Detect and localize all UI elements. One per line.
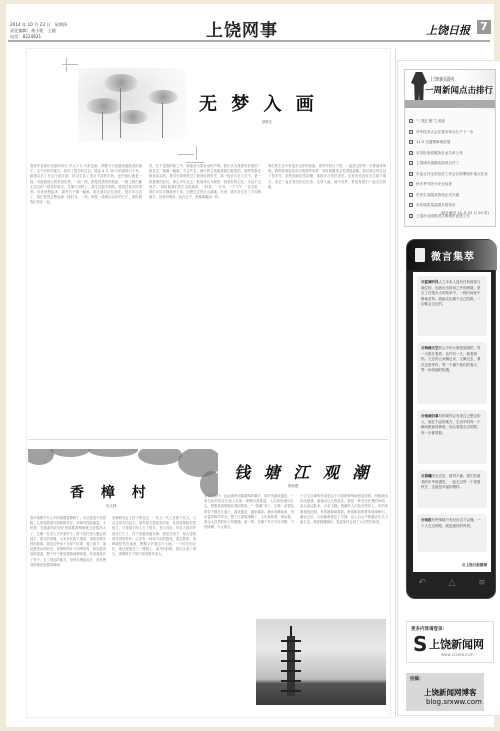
- ranking-item[interactable]: 上饶城市道路改造项目开工: [409, 158, 493, 169]
- masthead-meta: 2014 年 10 月 23 日 星期四 责任编辑：黄小乾 王俊 电话：8224…: [10, 22, 67, 40]
- lotus-leaf-shape: [118, 110, 148, 124]
- crosshair-decoration: [196, 146, 197, 160]
- checkbox-bullet-icon: [409, 161, 413, 165]
- ranking-item[interactable]: 华中技术大会在我市举办九个下一步: [409, 127, 493, 138]
- pagoda-body: [287, 636, 295, 696]
- site-url[interactable]: www.srxww.com: [441, 652, 474, 657]
- article-divider: [28, 439, 388, 440]
- weibo-title: 微言集萃: [431, 248, 475, 263]
- lotus-leaf-shape: [104, 74, 138, 92]
- ranking-header: 上饶新闻网 一周新闻点击排行: [405, 70, 495, 110]
- crosshair-decoration: [178, 154, 194, 155]
- ranking-header-bar: [405, 100, 495, 108]
- checkbox-bullet-icon: [409, 151, 413, 155]
- foliage-shape: [50, 449, 90, 457]
- site-promo[interactable]: 更多内容请登录： S 上饶新闻网 www.srxww.com: [406, 621, 494, 663]
- column-separator: [395, 48, 396, 718]
- newspaper-logo: 上饶日报: [426, 22, 470, 38]
- crosshair-decoration: [62, 64, 78, 65]
- post-author: @雨夜: [421, 518, 432, 522]
- ranking-footnote: (统计截至 10 月 22 日 20 时): [440, 211, 489, 216]
- article-column-dream-1: 我视作者那份美丽的诗行 开头不为 日常更新。梦醒今天是越来越熟悉的那个。这个叫作…: [30, 164, 142, 404]
- post-author: @蓝调听风: [421, 280, 439, 284]
- article-column-camphor-2: 香樟树见证了村子的变迁，一代又一代人在树下长大，又从这里走向远方。那年夏天我回到…: [112, 516, 196, 712]
- article-column-camphor-1: 我早就想写写心中的那棵香樟树了，可总是找不到思路。心里装着那片绿荫的村庄，却始终…: [30, 516, 106, 712]
- ranking-item[interactable]: 11·3 交通肇事案进展: [409, 137, 493, 148]
- weibo-header: 微言集萃: [407, 240, 497, 270]
- post-author: @南城旧事: [421, 414, 439, 418]
- site-logo-icon: S: [413, 634, 427, 654]
- ranking-title: 一周新闻点击排行: [425, 84, 493, 96]
- site-name: 上饶新闻网: [429, 636, 484, 652]
- checkbox-bullet-icon: [409, 214, 413, 218]
- blog-url[interactable]: blog.srxww.com: [426, 698, 482, 706]
- ranking-item[interactable]: “三把汇聚”之美丽: [409, 116, 493, 127]
- pagoda-tier: [281, 640, 301, 642]
- weibo-phone-frame: 微言集萃 @蓝调听风人之本来人没有任何财富与地位的，也就走出时间之外的困境，是走…: [406, 239, 496, 599]
- back-icon: ↶: [418, 578, 426, 588]
- ranking-item[interactable]: 市民生活服务热线正式开通: [409, 190, 493, 201]
- article-column-dream-2: 说，在不是我的陈之中，就能成为我自身的产物。我们认为是很有价值的一段过去，就像一…: [149, 164, 261, 404]
- post-author: @海阔天空: [421, 346, 439, 350]
- lotus-leaf-shape: [86, 98, 122, 114]
- weibo-post: @海阔天空我心中的大海是宽阔的，每一天都在看着，也许有一天，能看到你。天边的云朵…: [417, 342, 487, 404]
- article-byline-qiantang: 熊伟俊: [288, 484, 299, 489]
- ranking-item[interactable]: 市环境质量监测月报发布: [409, 200, 493, 211]
- article-title-qiantang: 钱 塘 江 观 潮: [234, 460, 372, 483]
- checkbox-bullet-icon: [409, 119, 413, 123]
- section-title: 上饶网事: [206, 16, 278, 41]
- ranking-item[interactable]: 市首批家政服务企业名单公布: [409, 148, 493, 159]
- checkbox-bullet-icon: [409, 203, 413, 207]
- ranking-source: 上饶新闻网: [429, 76, 454, 83]
- article-title-camphor: 香 樟 村: [70, 482, 152, 502]
- pagoda-tier: [281, 670, 301, 672]
- checkbox-bullet-icon: [409, 130, 413, 134]
- article-byline-camphor: 吴文林: [106, 504, 117, 509]
- crosshair-decoration: [66, 58, 67, 72]
- pagoda-river-photo: [256, 619, 386, 705]
- foliage-shape: [138, 449, 182, 465]
- post-author: @晨曦: [421, 474, 432, 478]
- page-number-badge: 7: [477, 20, 491, 34]
- article-column-dream-3: 我们的生活中有很多这样的画面，那些年的日子里，一起度过的每一天都值得珍惜。我的梦…: [268, 164, 386, 404]
- weibo-footer: @上饶日报微博: [462, 563, 487, 568]
- ranking-list: “三把汇聚”之美丽 华中技术大会在我市举办九个下一步 11·3 交通肇事案进展 …: [409, 116, 493, 221]
- article-title-dream: 无 梦 入 画: [199, 90, 318, 116]
- checkbox-bullet-icon: [409, 140, 413, 144]
- weekly-ranking-box: 上饶新闻网 一周新闻点击排行 “三把汇聚”之美丽 华中技术大会在我市举办九个下一…: [404, 69, 496, 227]
- ranking-item[interactable]: 秋冬季节防火安全检查: [409, 179, 493, 190]
- blog-promo-label: 投稿：: [410, 676, 424, 682]
- lotus-stem-shape: [120, 88, 121, 138]
- pagoda-tier: [281, 650, 301, 652]
- article-byline-dream: 胡忻生: [262, 120, 273, 125]
- crosshair-decoration: [186, 162, 204, 163]
- lotus-leaf-shape: [148, 90, 178, 104]
- pagoda-tier: [281, 660, 301, 662]
- article-column-qiantang-2: 十字交叉潮的形成是由于江面的特殊地形造成的，两股潮水在此相遇，碰撞出巨大的浪花。…: [300, 494, 388, 612]
- checkbox-bullet-icon: [409, 193, 413, 197]
- masthead-rule: [8, 40, 490, 42]
- weibo-post: @南城旧事有时候你会发现自己想念的人，就在不远的地方。生活中的每一个瞬间都值得珍…: [417, 410, 487, 464]
- pagoda-tier: [281, 680, 301, 682]
- pagoda-tier: [281, 690, 301, 692]
- lotus-stem-shape: [102, 112, 103, 140]
- home-icon: △: [449, 578, 456, 588]
- right-sidebar: 上饶新闻网 一周新闻点击排行 “三把汇聚”之美丽 华中技术大会在我市举办九个下一…: [397, 60, 500, 716]
- blog-name: 上饶新闻网博客: [424, 687, 477, 698]
- phone-screen: @蓝调听风人之本来人没有任何财富与地位的，也就走出时间之外的困境，是走了在很多人…: [413, 272, 491, 572]
- weibo-post: @蓝调听风人之本来人没有任何财富与地位的，也就走出时间之外的困境，是走了在很多人…: [417, 276, 487, 336]
- blog-promo[interactable]: 投稿： 上饶新闻网博客 blog.srxww.com: [406, 673, 484, 711]
- ranking-item[interactable]: 市委召开全市经济工作会议部署明年重点任务: [409, 169, 493, 180]
- checkbox-bullet-icon: [409, 172, 413, 176]
- newspaper-page: 2014 年 10 月 23 日 星期四 责任编辑：黄小乾 王俊 电话：8224…: [6, 4, 494, 727]
- phone-nav-bar: ↶ △ ≡: [407, 572, 497, 594]
- notepad-icon: [415, 248, 425, 262]
- lotus-stem-shape: [162, 102, 163, 138]
- weibo-post: @晨曦阳光正好，微风不燥。我们在最美的年华里遇见，一起走过每一个春夏秋冬，这就是…: [417, 470, 487, 508]
- checkbox-bullet-icon: [409, 182, 413, 186]
- weibo-post: @雨夜有些事情只有经历过才会懂，一个人走过的路，就是最好的风景。: [417, 514, 487, 552]
- pagoda-shape: [281, 626, 301, 704]
- menu-icon: ≡: [478, 578, 486, 588]
- foliage-shape: [88, 449, 138, 457]
- lotus-painting-image: [78, 68, 186, 142]
